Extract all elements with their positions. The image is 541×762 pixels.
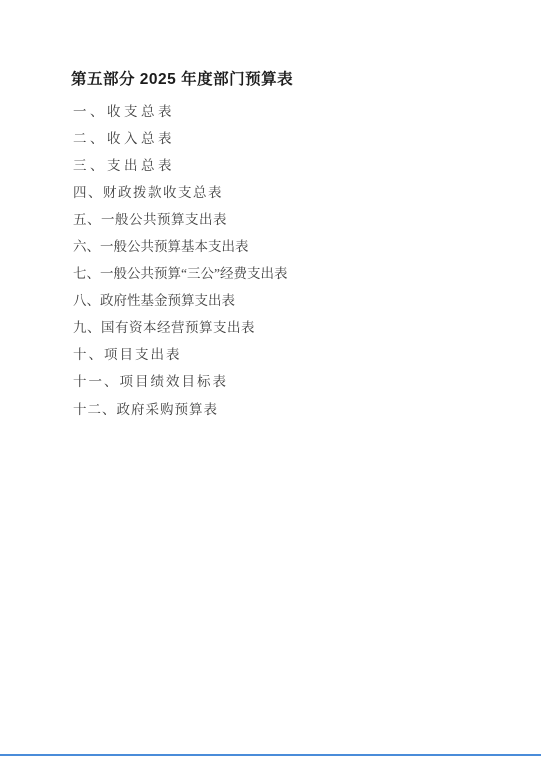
toc-item: 四、财政拨款收支总表 bbox=[73, 177, 521, 204]
toc-list: 一、收支总表 二、收入总表 三、支出总表 四、财政拨款收支总表 五、一般公共预算… bbox=[73, 96, 521, 421]
toc-item: 三、支出总表 bbox=[73, 150, 521, 177]
page-title: 第五部分 2025 年度部门预算表 bbox=[71, 70, 293, 89]
toc-item: 八、政府性基金预算支出表 bbox=[73, 286, 521, 313]
toc-item: 九、国有资本经营预算支出表 bbox=[73, 313, 521, 340]
toc-item: 十、项目支出表 bbox=[73, 340, 521, 367]
toc-item: 六、一般公共预算基本支出表 bbox=[73, 231, 521, 258]
document-page: 第五部分 2025 年度部门预算表 一、收支总表 二、收入总表 三、支出总表 四… bbox=[0, 0, 541, 762]
toc-item: 二、收入总表 bbox=[73, 123, 521, 150]
toc-item: 十二、政府采购预算表 bbox=[73, 394, 521, 421]
toc-item: 七、一般公共预算“三公”经费支出表 bbox=[73, 259, 521, 286]
toc-item: 一、收支总表 bbox=[73, 96, 521, 123]
page-bottom-divider bbox=[0, 754, 541, 756]
toc-item: 十一、项目绩效目标表 bbox=[73, 367, 521, 394]
toc-item: 五、一般公共预算支出表 bbox=[73, 204, 521, 231]
